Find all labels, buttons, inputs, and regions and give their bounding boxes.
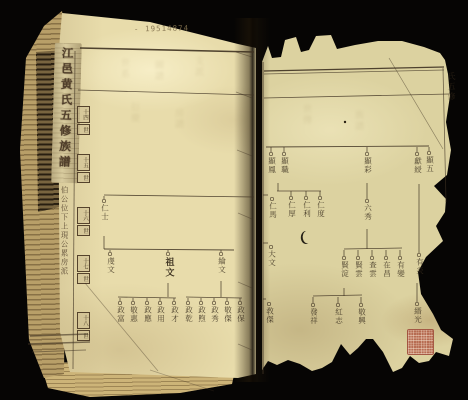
- tree-node: 有變: [396, 261, 405, 278]
- tree-node: 在昌: [382, 261, 391, 278]
- tree-node: 政秀: [210, 306, 219, 323]
- tree-node: 綸文: [217, 257, 226, 274]
- tree-node: 大文: [267, 250, 276, 267]
- tree-node: 政富: [116, 306, 125, 323]
- tree-node: 祖文: [164, 257, 173, 278]
- tree-node: 敎傑: [265, 307, 274, 324]
- tree-node: 有炎: [415, 258, 424, 275]
- tree-node: 政保: [236, 306, 245, 323]
- tree-node: 縉光: [413, 307, 422, 324]
- tree-node: 政才: [170, 306, 179, 323]
- tree-node: 賢淀: [340, 261, 349, 278]
- tree-node: 敬傑: [223, 306, 232, 323]
- tree-node: 顯五: [425, 156, 434, 173]
- tree-node: 顯職: [280, 157, 289, 174]
- tree-node: 紅志: [334, 308, 343, 325]
- tree-node: 獻綬: [413, 157, 422, 174]
- photo-of-open-genealogy-book: 江邑黄氏五修族譜 - 19514874 伯公位下上現公累房派 十四世十五世十六世…: [0, 0, 468, 400]
- tree-node: 發祥: [309, 308, 318, 325]
- tree-nodes-layer: 仁士虔文祖文綸文政富敬惠政應政用政才政乾政煦政秀敬傑政保顯鳳顯職顯彩獻綬顯五仁馬…: [0, 0, 468, 400]
- tree-node: 查雲: [368, 261, 377, 278]
- tree-node: 顯鳳: [267, 157, 276, 174]
- tree-node: 仁馬: [268, 202, 277, 219]
- tree-node: 六秀: [363, 204, 372, 221]
- tree-node: 仁度: [316, 201, 325, 218]
- tree-node: 仁利: [302, 201, 311, 218]
- tree-node: 賢雲: [354, 261, 363, 278]
- tree-node: 虔文: [106, 257, 115, 274]
- red-seal-stamp: [407, 329, 434, 355]
- tree-node: 顯彩: [363, 157, 372, 174]
- tree-node: 仁士: [100, 204, 109, 221]
- tree-node: 敬惠: [129, 306, 138, 323]
- tree-node: 政用: [156, 306, 165, 323]
- tree-node: 政煦: [197, 306, 206, 323]
- tree-node: 敬興: [357, 308, 366, 325]
- tree-node: 政乾: [184, 306, 193, 323]
- tree-node: 仁厚: [287, 201, 296, 218]
- tree-node: 政應: [143, 306, 152, 323]
